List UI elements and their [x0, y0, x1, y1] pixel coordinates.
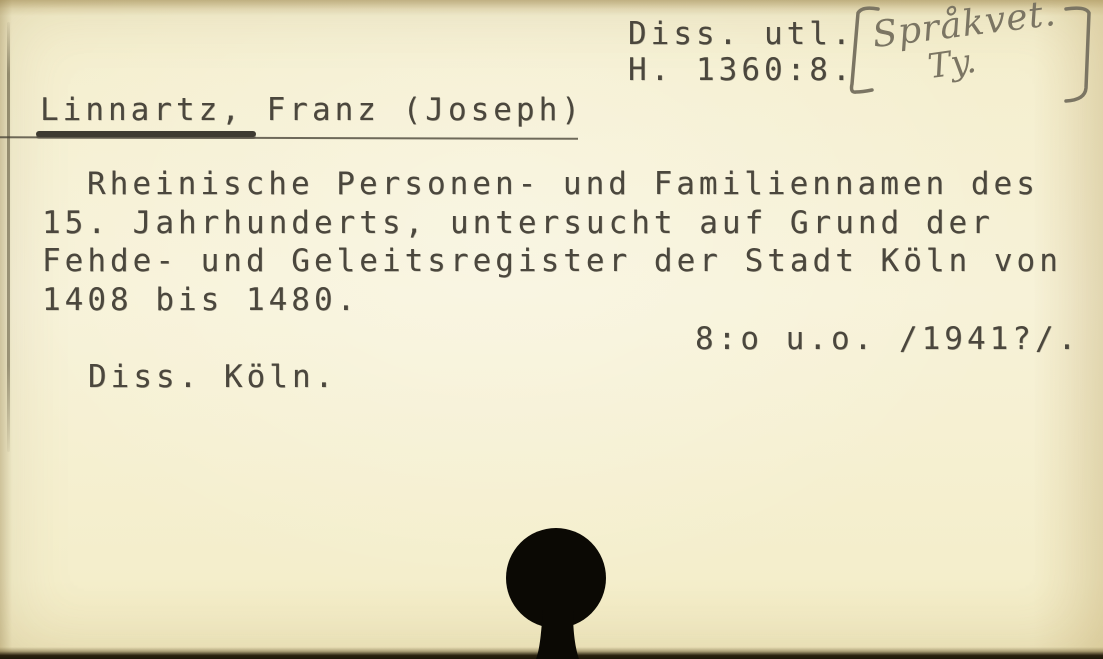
imprint-line: 8:o u.o. /1941?/.: [695, 324, 1080, 355]
surname-underline: [36, 131, 256, 137]
title-line: 1408 bis 1480.: [42, 281, 1062, 320]
title-line: 15. Jahrhunderts, untersucht auf Grund d…: [42, 204, 1062, 243]
title-paragraph: Rheinische Personen- und Familiennamen d…: [42, 165, 1062, 319]
shelfmark-line: H. 1360:8.: [628, 55, 855, 86]
dissertation-note: Diss. Köln.: [88, 362, 337, 393]
catalog-card: Diss. utl. H. 1360:8. Språkvet. Ty. Linn…: [0, 0, 1103, 659]
title-line: Rheinische Personen- und Familiennamen d…: [42, 165, 1062, 204]
handwritten-bracket-right-icon: [1058, 0, 1102, 112]
subject-annotation-country: Ty.: [925, 41, 978, 87]
card-left-edge-line: [7, 22, 10, 452]
hole-punch-icon: [480, 522, 640, 659]
classification-line: Diss. utl.: [628, 19, 855, 50]
card-left-edge-shading: [0, 0, 12, 659]
title-line: Fehde- und Geleitsregister der Stadt Köl…: [42, 242, 1062, 281]
author-heading: Linnartz, Franz (Joseph): [40, 95, 584, 126]
